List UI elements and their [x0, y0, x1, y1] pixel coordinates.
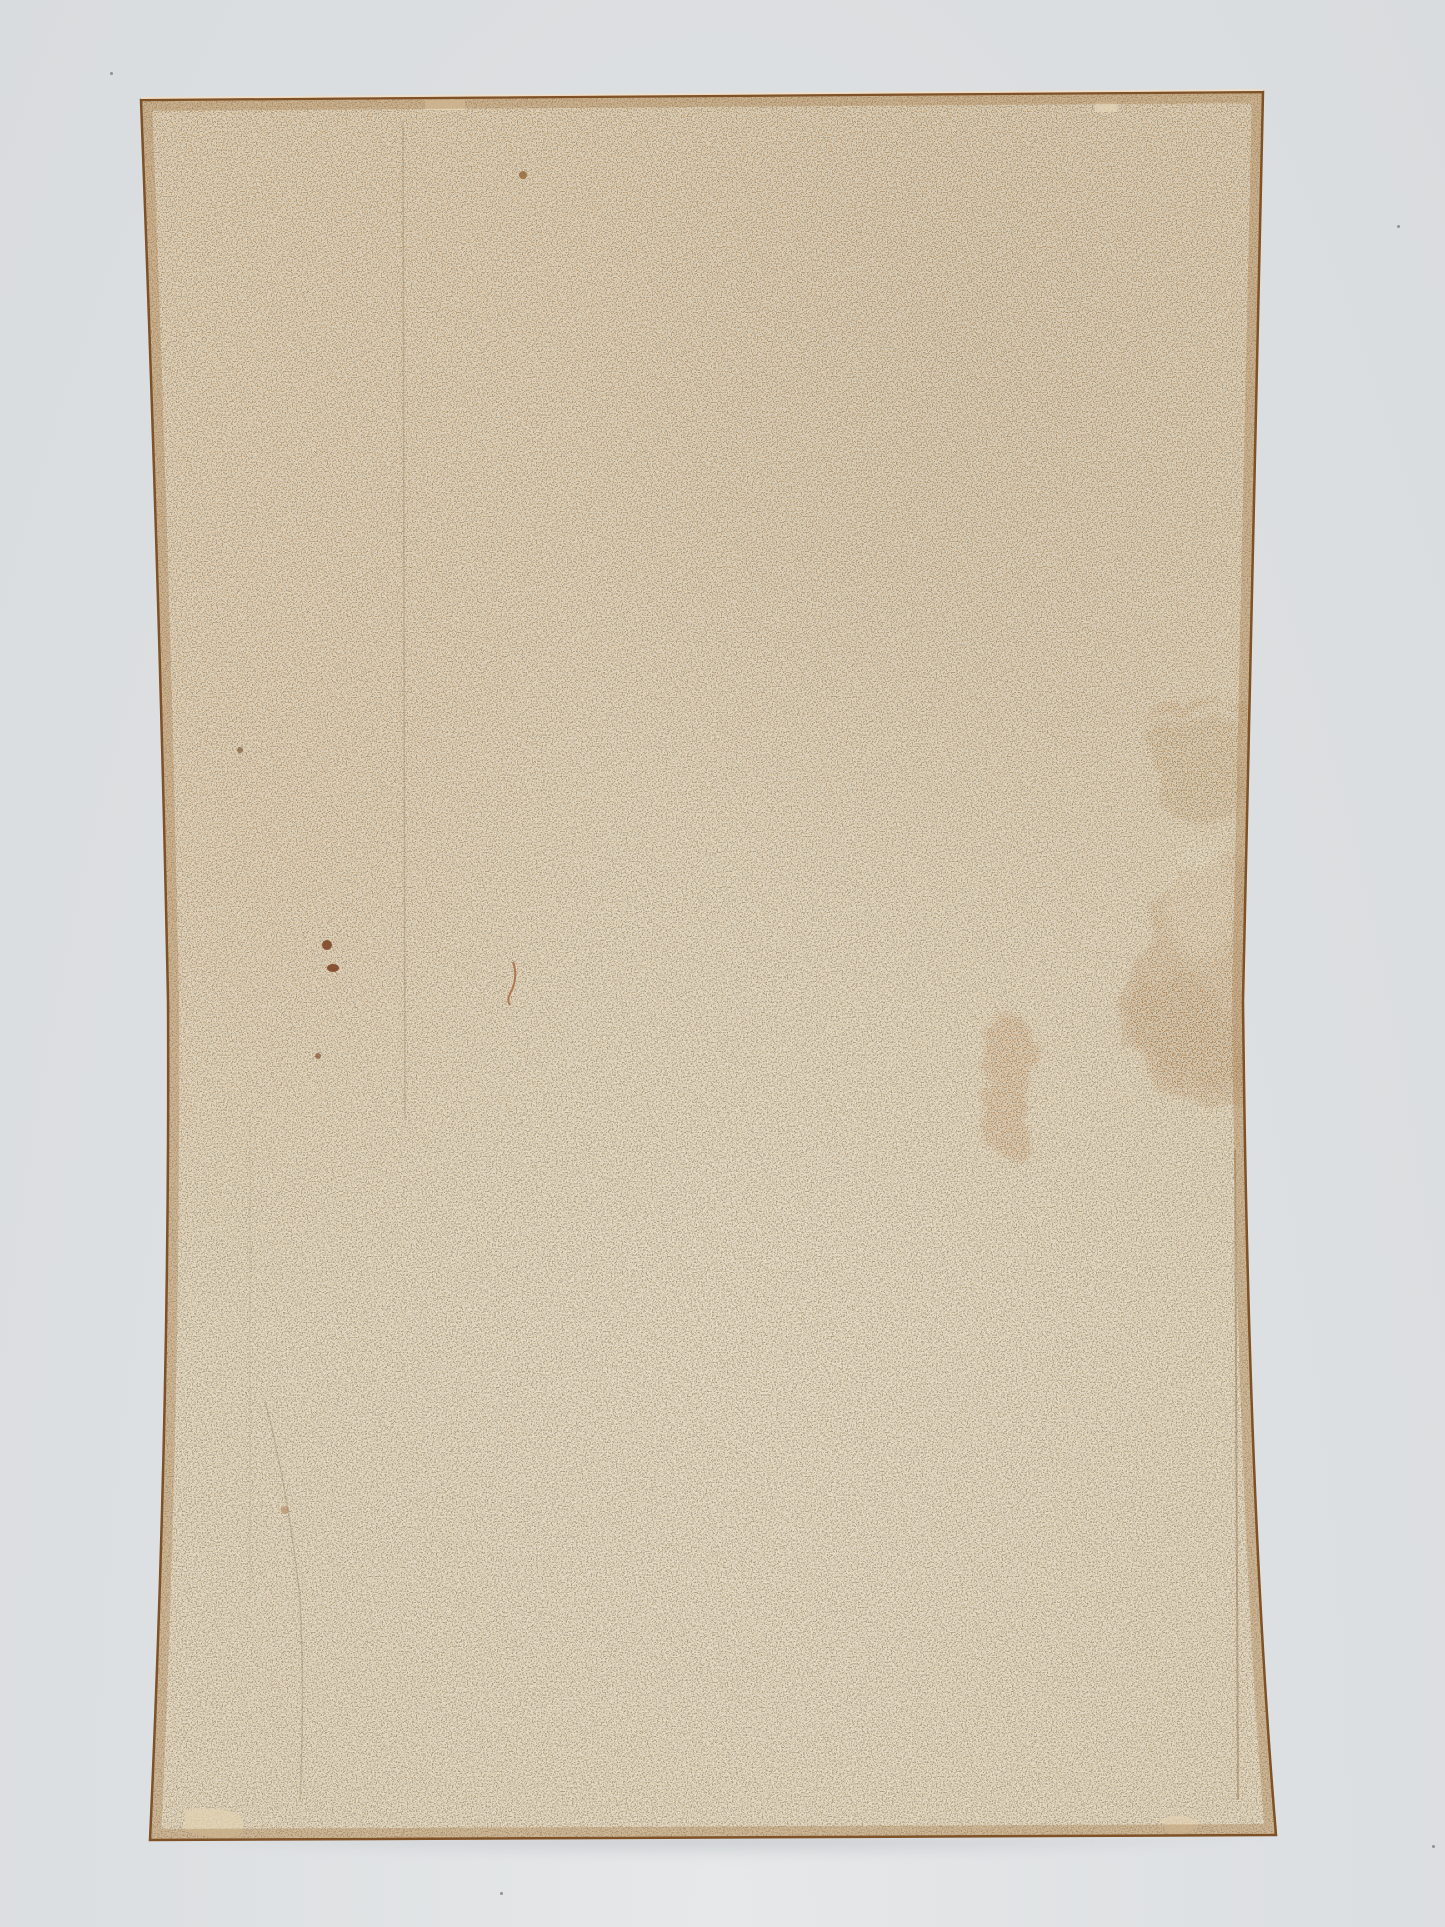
- foxing-spot: [327, 964, 339, 972]
- foxing-spot: [322, 940, 332, 950]
- aged-card: [0, 0, 1445, 1927]
- card-surface: [100, 80, 1300, 1860]
- foxing-spot: [315, 1053, 321, 1059]
- photo-scene: [0, 0, 1445, 1927]
